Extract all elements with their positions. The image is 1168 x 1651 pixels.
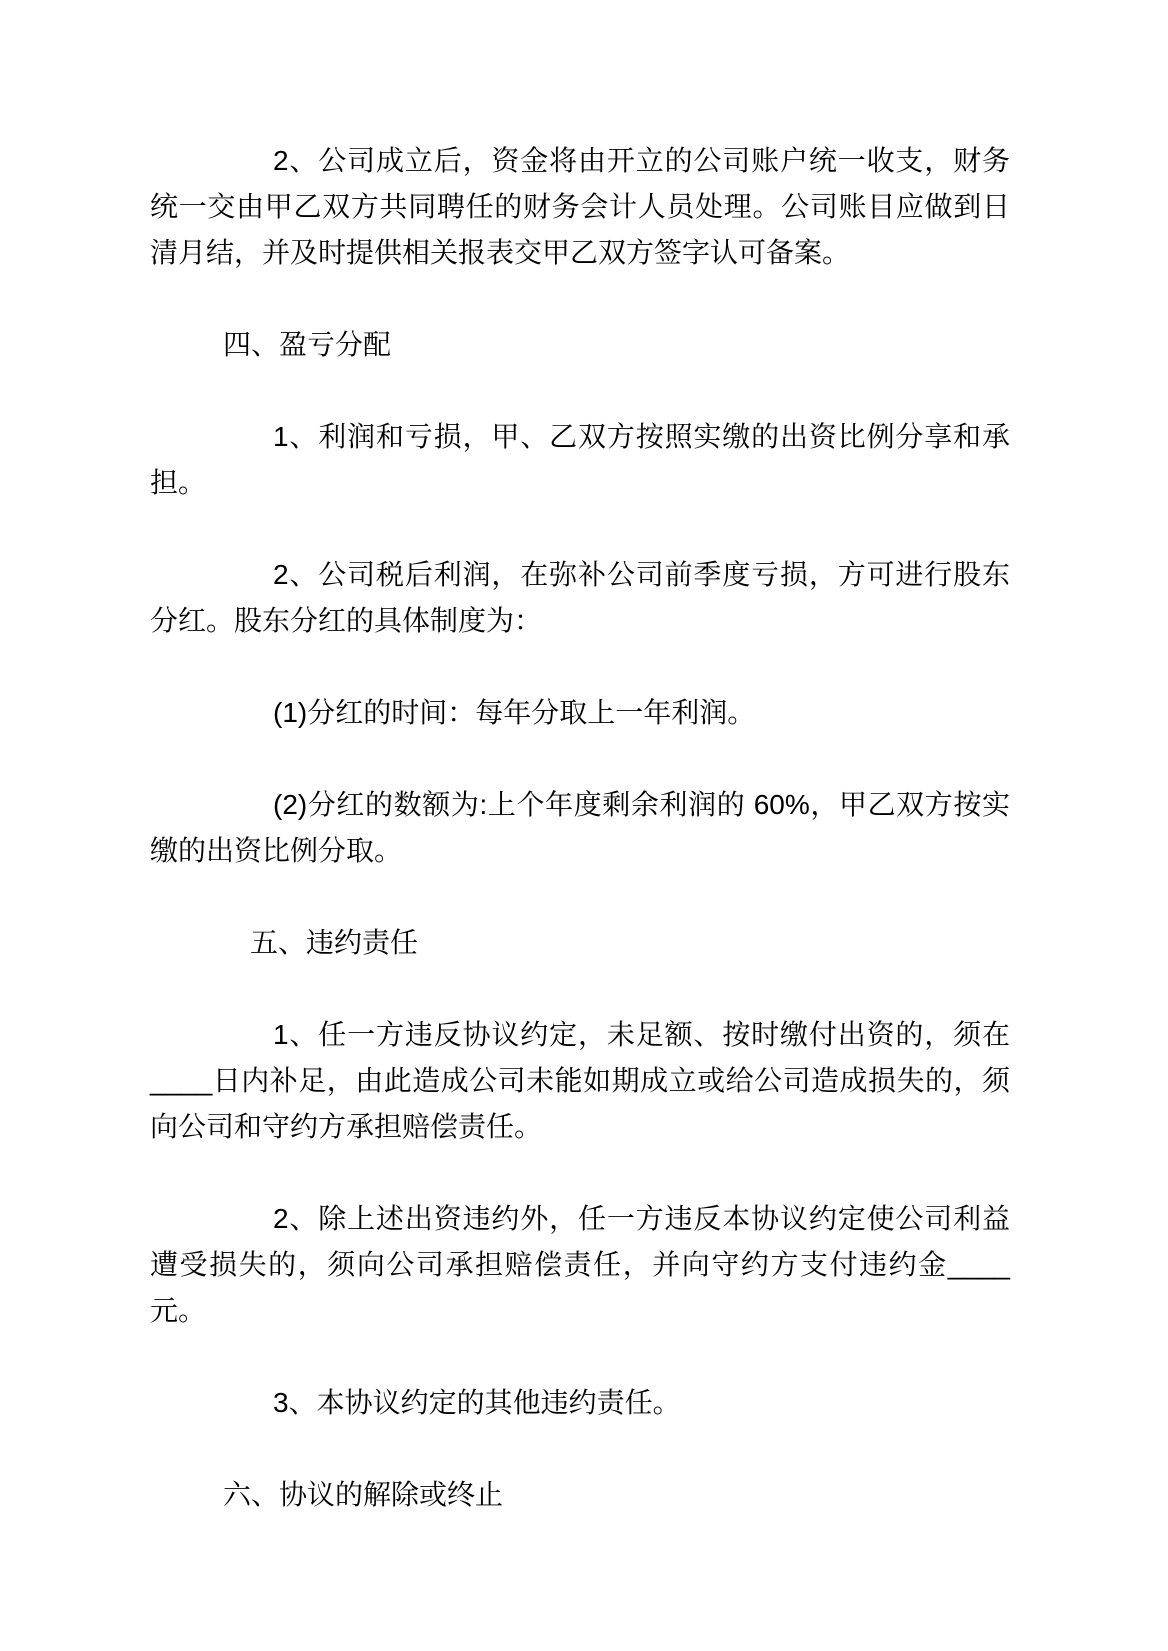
contract-paragraph: 2、除上述出资违约外，任一方违反本协议约定使公司利益遭受损失的，须向公司承担赔偿… — [150, 1196, 1010, 1334]
document-page: 2、公司成立后，资金将由开立的公司账户统一收支，财务统一交由甲乙双方共同聘任的财… — [0, 0, 1168, 1651]
contract-paragraph: (2)分红的数额为:上个年度剩余利润的 60%，甲乙双方按实缴的出资比例分取。 — [150, 782, 1010, 874]
section-heading: 五、违约责任 — [150, 920, 1010, 966]
contract-paragraph: 2、公司税后利润，在弥补公司前季度亏损，方可进行股东分红。股东分红的具体制度为： — [150, 552, 1010, 644]
contract-paragraph: 1、利润和亏损，甲、乙双方按照实缴的出资比例分享和承担。 — [150, 414, 1010, 506]
document-body: 2、公司成立后，资金将由开立的公司账户统一收支，财务统一交由甲乙双方共同聘任的财… — [150, 138, 1010, 1518]
section-heading: 六、协议的解除或终止 — [150, 1472, 1010, 1518]
section-heading: 四、盈亏分配 — [150, 322, 1010, 368]
contract-paragraph: 1、任一方违反协议约定，未足额、按时缴付出资的，须在 ____日内补足，由此造成… — [150, 1012, 1010, 1150]
contract-paragraph: 3、本协议约定的其他违约责任。 — [150, 1380, 1010, 1426]
contract-paragraph: (1)分红的时间：每年分取上一年利润。 — [150, 690, 1010, 736]
contract-paragraph: 2、公司成立后，资金将由开立的公司账户统一收支，财务统一交由甲乙双方共同聘任的财… — [150, 138, 1010, 276]
